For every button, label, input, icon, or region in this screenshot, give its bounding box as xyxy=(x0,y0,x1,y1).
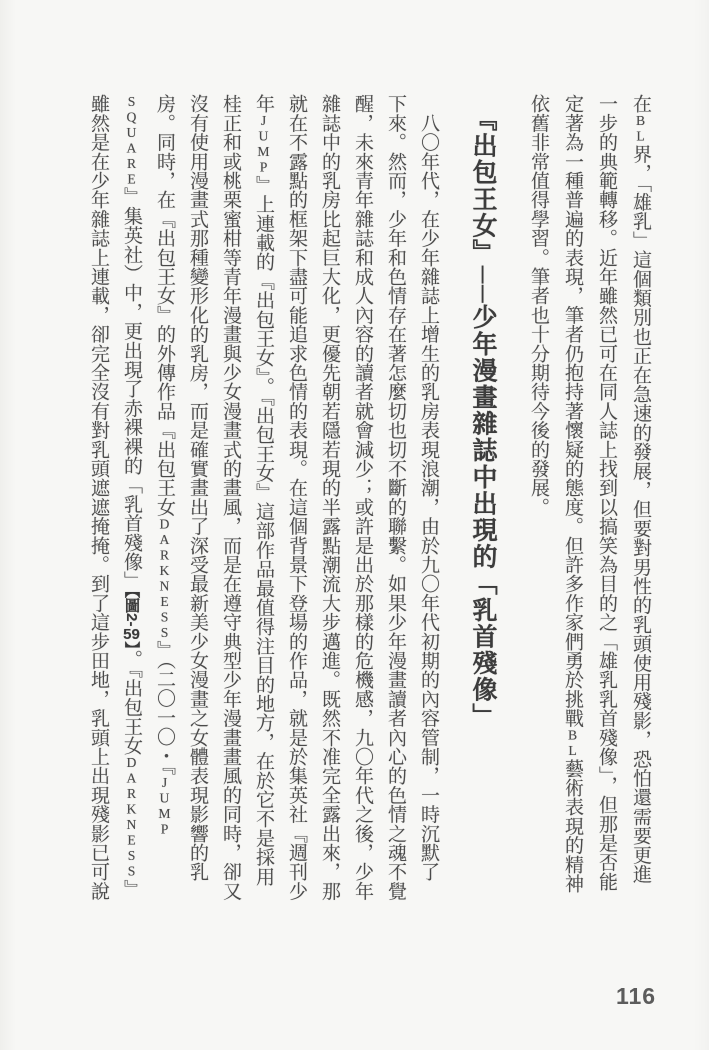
text-column: 桂正和或桃栗蜜柑等青年漫畫與少女漫畫式的畫風，而是在遵守典型少年漫畫畫風的同時，… xyxy=(214,94,247,908)
text-column: 沒有使用漫畫式那種變形化的乳房，而是確實畫出了深受最新美少女漫畫之女體表現影響的… xyxy=(181,94,214,908)
text-column: 在BL界，「雄乳」這個類別也正在急速的發展，但要對男性的乳頭使用殘影，恐怕還需要… xyxy=(623,94,657,908)
figure-reference: 【圖2-59】 xyxy=(123,590,140,649)
text-column: 雜誌中的乳房比起巨大化，更優先朝若隱若現的半露點潮流大步邁進。既然不准完全露出來… xyxy=(313,94,346,908)
latin-run: JUMP xyxy=(256,113,271,175)
text-column: 下來。然而，少年和色情存在著怎麼切也切不斷的聯繫。如果少年漫畫讀者內心的色情之魂… xyxy=(379,94,412,908)
text-column: 年JUMP』上連載的『出包王女』。『出包王女』這部作品最值得注目的地方，在於它不… xyxy=(247,94,280,908)
text-column: SQUARE』集英社）中，更出現了赤裸裸的「乳首殘像」【圖2-59】。『出包王女… xyxy=(115,94,148,908)
text-column: 雖然是在少年雜誌上連載，卻完全沒有對乳頭遮遮掩掩。到了這步田地，乳頭上出現殘影已… xyxy=(82,94,115,908)
text-column: 房。同時，在『出包王女』的外傳作品『出包王女DARKNESS』（二〇一〇・『JU… xyxy=(148,94,181,908)
latin-run: DARKNESS xyxy=(124,755,139,879)
text-column: 就在不露點的框架下盡可能追求色情的表現。在這個背景下登場的作品，就是於集英社『週… xyxy=(280,94,313,908)
latin-run: JUMP xyxy=(157,775,172,837)
page-number: 116 xyxy=(604,983,668,1010)
vertical-text-block: 在BL界，「雄乳」這個類別也正在急速的發展，但要對男性的乳頭使用殘影，恐怕還需要… xyxy=(82,94,657,908)
text-column: 依舊非常值得學習。筆者也十分期待今後的發展。 xyxy=(521,94,555,908)
latin-run: BL xyxy=(565,728,580,759)
section-heading: 『出包王女』──少年漫畫雜誌中出現的「乳首殘像」 xyxy=(459,94,505,908)
text-column: 一步的典範轉移。近年雖然已可在同人誌上找到以搞笑為目的之「雄乳乳首殘像」，但那是… xyxy=(589,94,623,908)
digit-group: 59 xyxy=(123,627,140,642)
text-column: 定著為一種普遍的表現，筆者仍抱持著懷疑的態度。但許多作家們勇於挑戰BL藝術表現的… xyxy=(555,94,589,908)
text-column: 醒，未來青年雜誌和成人內容的讀者就會減少；或許是出於那樣的危機感，九〇年代之後，… xyxy=(346,94,379,908)
latin-run: SQUARE xyxy=(124,94,139,187)
latin-run: BL xyxy=(633,113,648,144)
text-column: 八〇年代，在少年雜誌上增生的乳房表現浪潮，由於九〇年代初期的內容管制，一時沉默了 xyxy=(412,94,445,908)
book-page: 在BL界，「雄乳」這個類別也正在急速的發展，但要對男性的乳頭使用殘影，恐怕還需要… xyxy=(0,0,709,1050)
latin-run: DARKNESS xyxy=(157,516,172,640)
